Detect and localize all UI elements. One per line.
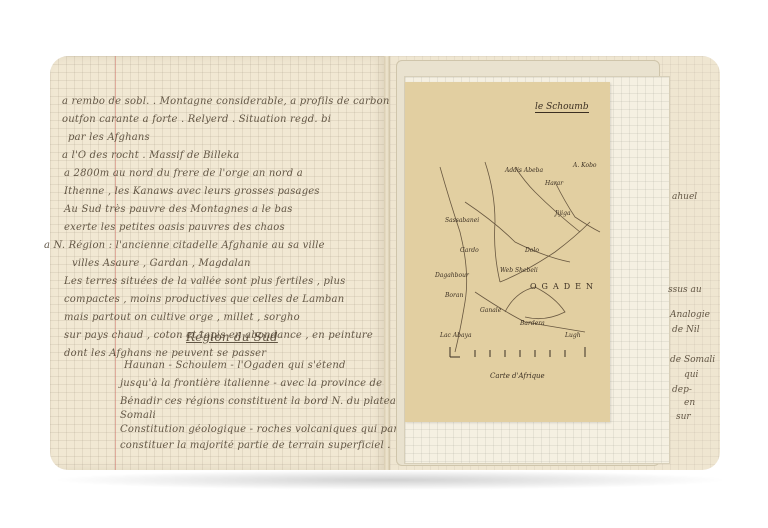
map-label: A. Kobo xyxy=(573,162,597,169)
handwritten-line: a rembo de sobl. . Montagne considerable… xyxy=(62,96,390,107)
handwritten-line: compactes , moins productives que celles… xyxy=(64,294,344,305)
handwritten-fragment: sur xyxy=(676,412,691,422)
map-caption: Carte d'Afrique xyxy=(490,372,545,380)
map-label: Ganale xyxy=(480,307,501,314)
handwritten-line: jusqu'à la frontière italienne - avec la… xyxy=(120,378,382,389)
handwritten-line: mais partout on cultive orge , millet , … xyxy=(64,312,300,323)
section-heading: Région du Sud xyxy=(186,330,278,344)
handwritten-line: a l'O des rocht . Massif de Billeka xyxy=(62,150,239,161)
handwritten-line: Au Sud très pauvre des Montagnes a le ba… xyxy=(64,204,293,215)
handwritten-line: Bénadir ces régions constituent la bord … xyxy=(120,396,403,407)
map-label: Web Shebeli xyxy=(500,267,538,274)
handwritten-line: villes Asaure , Gardan , Magdalan xyxy=(72,258,251,269)
map-drawing xyxy=(405,82,610,422)
map-label: Sassabanei xyxy=(445,217,479,224)
handwritten-line: Ithenne , les Kanaws avec leurs grosses … xyxy=(64,186,320,197)
handwritten-line: Somali xyxy=(120,410,156,421)
handwritten-fragment: qui xyxy=(684,370,698,380)
map-sketch-sheet: le Schoumb Addis Abeba Harar A. Kobo J xyxy=(405,82,610,422)
map-label: Lugh xyxy=(565,332,581,339)
handwritten-line: a 2800m au nord du frere de l'orge an no… xyxy=(64,168,303,179)
handwritten-fragment: en xyxy=(684,398,695,408)
map-label: Boran xyxy=(445,292,463,299)
handwritten-line: a N. Région : l'ancienne citadelle Afgha… xyxy=(44,240,325,251)
handwritten-line: exerte les petites oasis pauvres des cha… xyxy=(64,222,285,233)
map-label: Gardo xyxy=(460,247,479,254)
handwritten-fragment: ahuel xyxy=(672,192,697,202)
notebook-shadow xyxy=(50,470,730,490)
handwritten-line: outfon carante a forte . Relyerd . Situa… xyxy=(62,114,331,125)
handwritten-line: Les terres situées de la vallée sont plu… xyxy=(64,276,346,287)
map-region-label: OGADEN xyxy=(530,282,598,291)
handwritten-line: constituer la majorité partie de terrain… xyxy=(120,440,391,451)
map-label: Addis Abeba xyxy=(505,167,543,174)
map-label: Jijiga xyxy=(555,210,571,217)
handwritten-fragment: de Somali xyxy=(670,355,715,365)
map-label: Dolo xyxy=(525,247,539,254)
handwritten-fragment: ssus au xyxy=(668,285,702,295)
map-label: Lac Abaya xyxy=(440,332,472,339)
handwritten-fragment: dep- xyxy=(672,385,692,395)
map-label: Bardera xyxy=(520,320,545,327)
handwritten-line: Constitution géologique - roches volcani… xyxy=(120,424,436,435)
map-label: Dagahbour xyxy=(435,272,469,279)
map-label: Harar xyxy=(545,180,563,187)
handwritten-fragment: Analogie xyxy=(670,310,710,320)
handwritten-line: dont les Afghans ne peuvent se passer xyxy=(64,348,266,359)
handwritten-fragment: de Nil xyxy=(672,325,700,335)
handwritten-line: par les Afghans xyxy=(68,132,150,143)
handwritten-line: Haunan - Schoulem - l'Ogaden qui s'étend xyxy=(124,360,346,371)
